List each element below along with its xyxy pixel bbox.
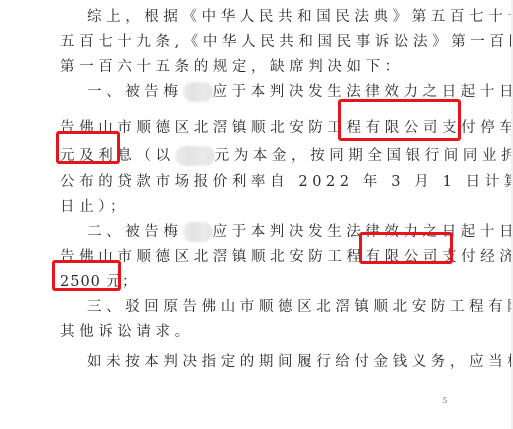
text-segment: 二、被告梅: [87, 224, 183, 240]
text-segment: 一、被告梅: [87, 84, 183, 100]
text-line: 如未按本判决指定的期间履行给付金钱义务，应当根据《中: [87, 352, 513, 372]
highlight-box: [359, 232, 453, 264]
redacted-name: [183, 222, 213, 242]
text-segment: 应于本判决发生法律效力之日起十日内向原: [213, 84, 513, 100]
text-line: 公布的贷款市场报价利率自 2022 年 3 月 1 日计算至款项清偿之: [60, 172, 513, 192]
highlight-box: [52, 260, 121, 291]
text-line: 综上，根据《中华人民共和国民法典》第五百七十七条、第: [87, 7, 513, 27]
text-line: 五百七十九条,《中华人民共和国民事诉讼法》第一百四十七条、: [60, 32, 513, 52]
text-line: 三、驳回原告佛山市顺德区北滘镇顺北安防工程有限公司的: [87, 297, 513, 317]
text-line: 其他诉讼请求。: [60, 322, 194, 342]
redacted-amount: [175, 146, 215, 166]
page-number: 5: [443, 396, 447, 405]
redacted-name: [183, 82, 213, 102]
text-line: 第一百六十五条的规定，缺席判决如下：: [60, 57, 404, 77]
highlight-box: [338, 99, 461, 141]
text-line: 日止）；: [60, 197, 129, 217]
text-line: 元及利息（以元为本金，按同期全国银行间同业拆借中心: [60, 146, 513, 166]
text-segment: 元为本金，按同期全国银行间同业拆借中心: [215, 148, 513, 164]
document-page: 综上，根据《中华人民共和国民法典》第五百七十七条、第 五百七十九条,《中华人民共…: [0, 0, 513, 429]
text-segment: （以: [136, 148, 174, 164]
highlight-box: [56, 131, 120, 164]
